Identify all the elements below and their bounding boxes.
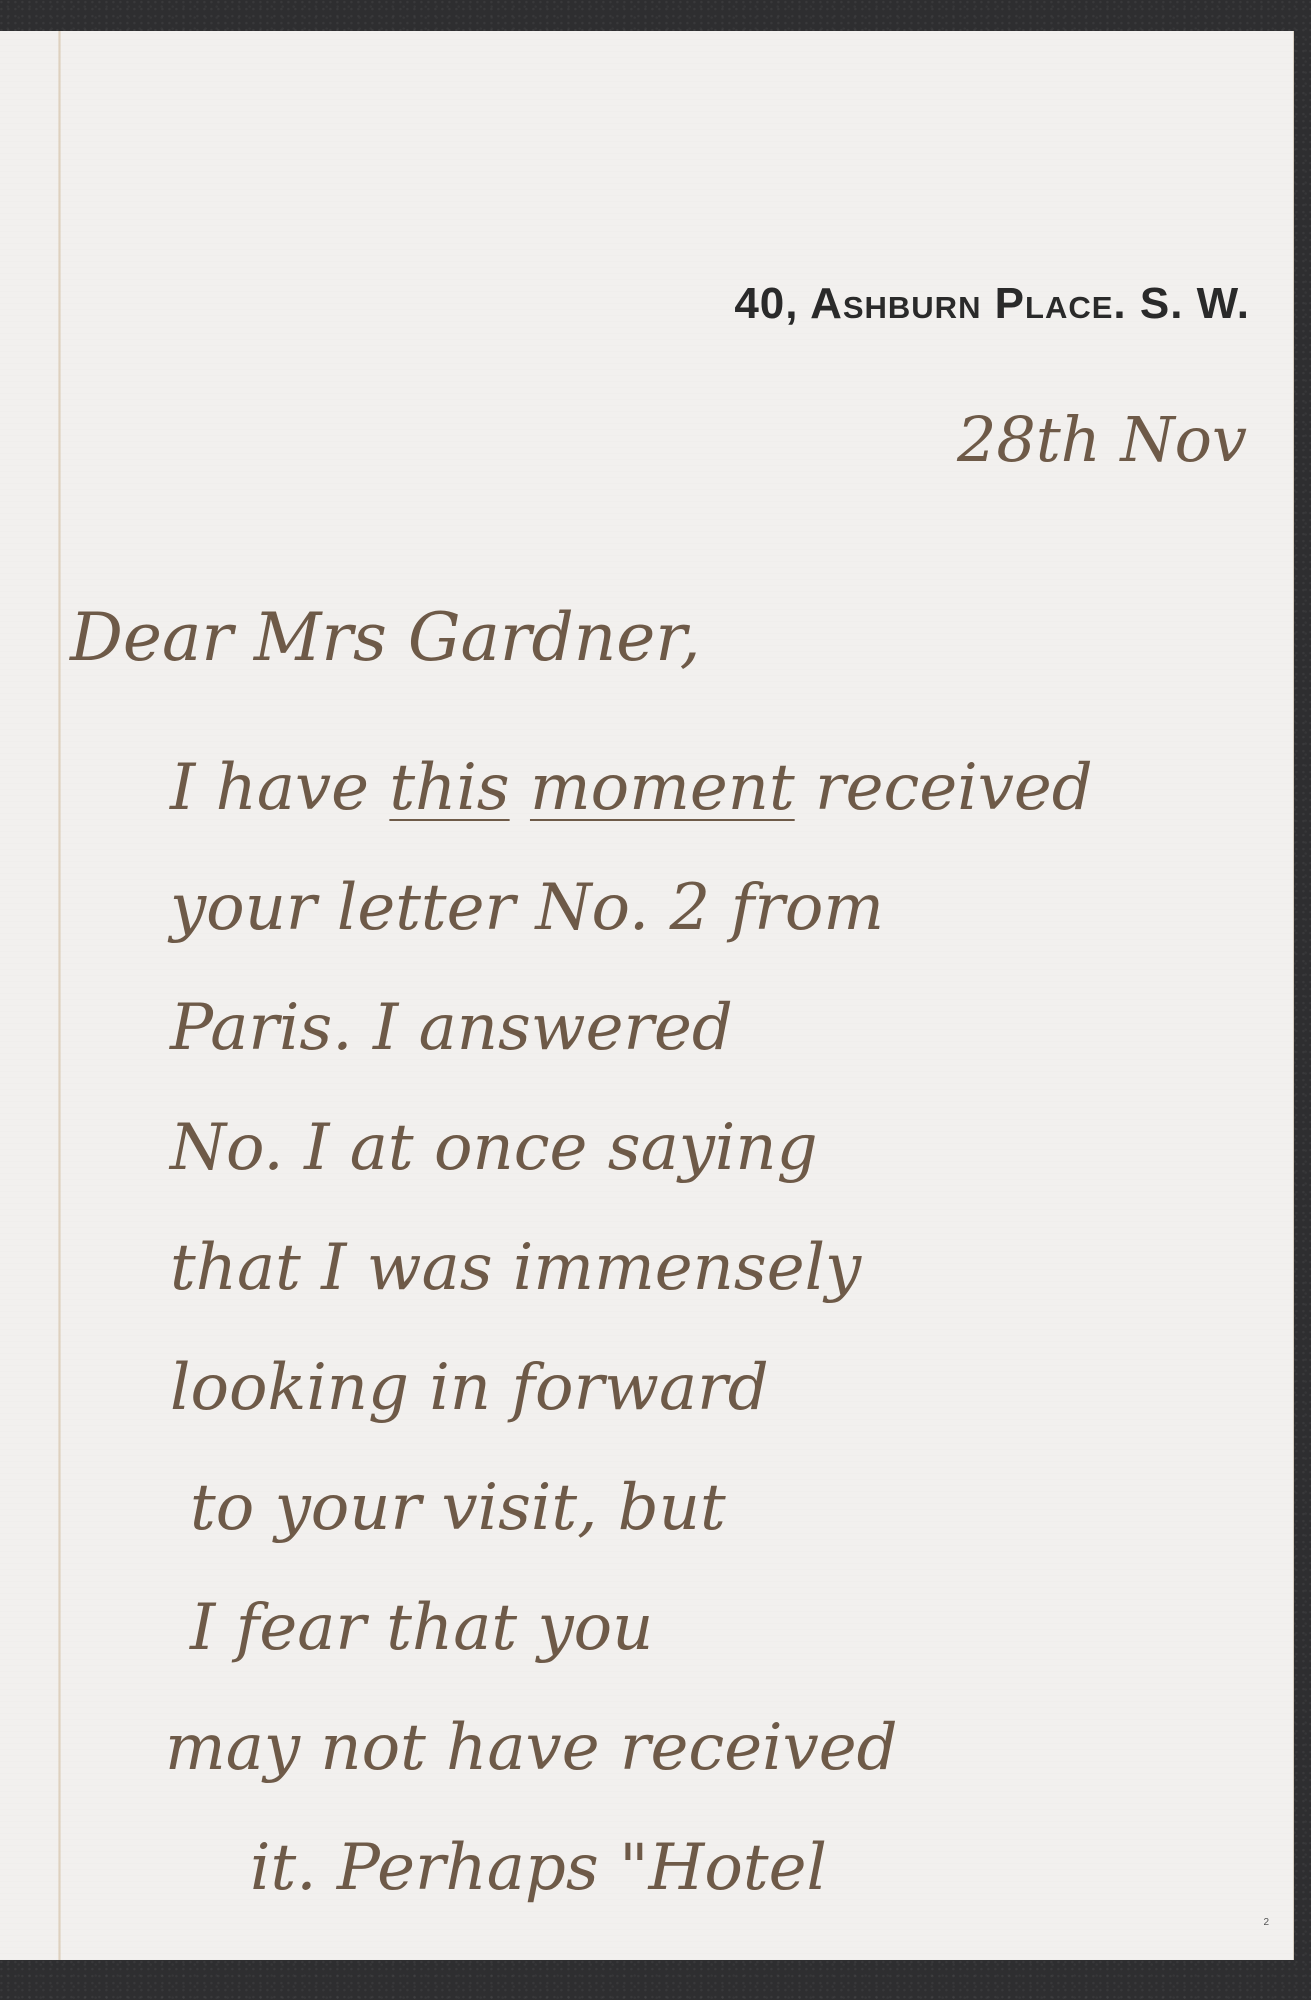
salutation: Dear Mrs Gardner, [70,599,701,676]
letterhead-address: 40, Ashburn Place. S. W. [734,279,1250,329]
letter-date: 28th Nov [957,403,1247,476]
body-text [510,751,530,825]
page-number: 2 [1263,1917,1269,1928]
letter-page: 40, Ashburn Place. S. W. 28th Nov Dear M… [0,31,1293,1960]
body-text: received [795,751,1093,825]
body-line-6: looking in forward [170,1351,769,1425]
body-line-9: may not have received [165,1711,898,1785]
underlined-word: moment [530,751,795,825]
body-line-3: Paris. I answered [170,991,733,1065]
underlined-word: this [389,751,509,825]
body-line-4: No. I at once saying [170,1111,818,1185]
body-line-5: that I was immensely [170,1231,861,1305]
body-text: I have [170,751,389,825]
paper-fold-crease [58,31,61,1960]
body-line-10: it. Perhaps "Hotel [250,1831,827,1905]
body-line-2: your letter No. 2 from [170,871,884,945]
body-line-1: I have this moment received [170,751,1093,825]
body-line-7: to your visit, but [190,1471,726,1545]
body-line-8: I fear that you [190,1591,653,1665]
